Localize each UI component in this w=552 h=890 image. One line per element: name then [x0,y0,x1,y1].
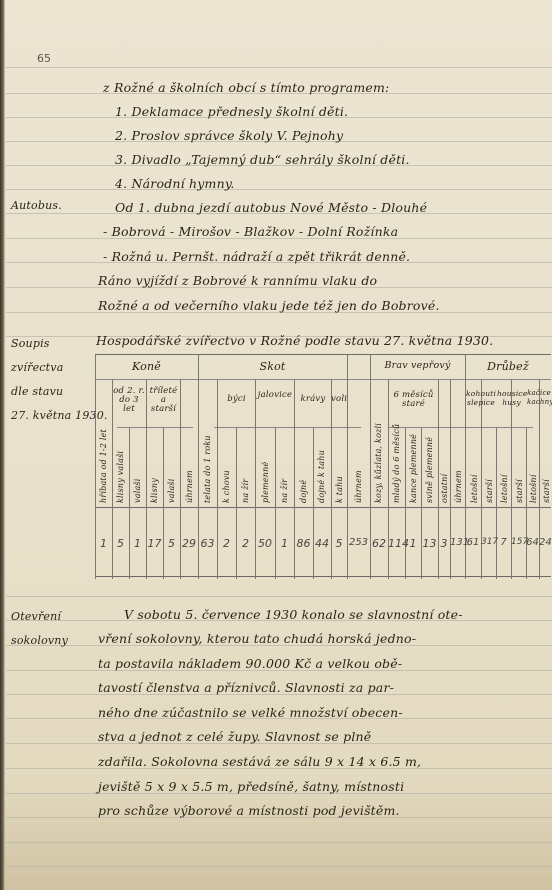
bus-line: Od 1. dubna jezdí autobus Nové Město - D… [115,200,427,215]
table-cell: 7 [496,537,511,548]
margin-label-sokolovna: Otevření sokolovny [11,605,68,653]
subgroup-header: krávy [295,395,331,404]
table-cell: 1 [129,537,146,550]
column-header: mladý do 6 měsíců [391,385,402,503]
column-header: na žír [240,435,251,503]
table-cell: 157 [511,537,526,547]
column-header: úhrnem [184,385,195,503]
column-header: k chovu [221,435,232,503]
table-cell: 1 [275,537,294,550]
sokolovna-line: pro schůze výborové a místnosti pod jevi… [98,803,400,818]
margin-label-line: sokolovny [11,629,68,653]
table-cell: 1 [95,537,112,550]
subgroup-header: tříleté a starší [147,387,180,414]
group-header-cattle: Skot [198,360,347,373]
column-header: dojné k tahu [316,435,327,503]
program-item: 1. Deklamace přednesly školní děti. [115,104,348,119]
subgroup-header: býci [218,395,255,404]
margin-label-livestock: Soupis zvířectva dle stavu 27. května 19… [11,332,108,428]
column-header: úhrnem [453,435,464,503]
column-header: plemenné [260,435,271,503]
subgroup-header: kohouti slepice [466,389,496,407]
table-cell: 2 [236,537,255,550]
table-cell: 3 [438,537,450,550]
column-header: starší [484,435,495,503]
table-cell: 61 [465,537,481,548]
column-header: k tahu [334,435,345,503]
column-header: letošní [499,435,510,503]
column-header: starší [514,435,525,503]
table-cell: 13 [421,537,438,550]
column-header: na žír [279,435,290,503]
program-item: 4. Národní hymny. [115,176,235,191]
column-header: valaši [132,435,143,503]
column-header: ostatní [439,435,450,503]
sokolovna-line: zdařila. Sokolovna sestává ze sálu 9 x 1… [98,754,421,769]
bus-line: - Bobrová - Mirošov - Blažkov - Dolní Ro… [103,224,398,239]
column-header: kance plemenné [408,435,419,503]
livestock-table: Koně Skot Brav vepřový Drůbež od 2. r. d… [95,354,551,579]
table-cell: 86 [294,537,313,550]
column-header: klisny valaši [115,435,126,503]
column-header: dojné [298,435,309,503]
table-title: Hospodářské zvířectvo v Rožné podle stav… [96,333,493,348]
column-header: letošní [469,435,480,503]
group-header-poultry: Drůbež [465,360,551,373]
group-header-pigs: Brav vepřový [370,360,465,371]
column-header: svině plemenné [424,435,435,503]
column-header: starší [541,435,552,503]
margin-label-line: Soupis [11,332,108,356]
group-header-horses: Koně [95,360,198,373]
page-number: 65 [37,52,51,65]
sokolovna-line: ta postavila nákladem 90.000 Kč a velkou… [98,656,402,671]
sokolovna-line: stva a jednot z celé župy. Slavnost se p… [98,729,371,744]
margin-label-line: dle stavu [11,380,108,404]
table-cell: 62 [370,537,388,550]
column-header: telata do 1 roku [202,385,213,503]
bus-line: Ráno vyjíždí z Bobrové k rannímu vlaku d… [98,273,377,288]
table-cell: 50 [255,537,275,550]
table-cell: 24 [539,537,551,548]
table-cell: 2 [217,537,236,550]
sokolovna-line: tavostí členstva a příznivců. Slavnosti … [98,680,394,695]
program-item: 2. Proslov správce školy V. Pejnohy [115,128,343,143]
margin-label-line: 27. května 1930. [11,404,108,428]
margin-label-line: zvířectva [11,356,108,380]
column-header: klisny [149,435,160,503]
table-cell: 63 [198,537,217,550]
column-header: letošní [528,435,539,503]
table-cell: 114 [388,537,405,550]
sokolovna-line: ného dne zúčastnilo se velké množství ob… [98,705,403,720]
sokolovna-line: jeviště 5 x 9 x 5.5 m, předsíně, šatny, … [98,779,404,794]
column-header: valaši [166,435,177,503]
notebook-page: 65 z Rožné a školních obcí s tímto progr… [0,0,552,890]
column-header: úhrnem [353,385,364,503]
table-cell: 1 [405,537,421,550]
subgroup-header: kačice kachny [527,389,551,407]
table-cell: 5 [163,537,180,550]
subgroup-header: od 2. r. do 3 let [113,387,145,414]
table-cell: 29 [180,537,198,550]
program-item: 3. Divadlo „Tajemný dub“ sehrály školní … [115,152,410,167]
table-cell: 317 [481,537,496,547]
subgroup-header: voli [331,395,347,404]
table-cell: 253 [347,537,370,548]
table-cell: 64 [526,537,539,548]
table-cell: 44 [313,537,331,550]
table-cell: 5 [112,537,129,550]
sokolovna-line: V sobotu 5. července 1930 konalo se slav… [124,607,463,622]
margin-label-line: Otevření [11,605,68,629]
column-header: kozy, kůzlata, kozli [373,385,384,503]
subgroup-header: housice husy [497,389,526,407]
table-cell: 5 [331,537,347,550]
program-intro: z Rožné a školních obcí s tímto programe… [103,80,389,95]
bus-line: - Rožná u. Pernšt. nádraží a zpět třikrá… [103,249,410,264]
subgroup-header: jalovice [256,391,294,400]
column-header: hříbata od 1-2 let [98,385,109,503]
sokolovna-line: vření sokolovny, kterou tato chudá horsk… [98,631,416,646]
bus-line: Rožné a od večerního vlaku jede též jen … [98,298,440,313]
table-cell: 17 [146,537,163,550]
table-cell: 131 [450,537,465,548]
margin-label-bus: Autobus. [11,194,62,218]
